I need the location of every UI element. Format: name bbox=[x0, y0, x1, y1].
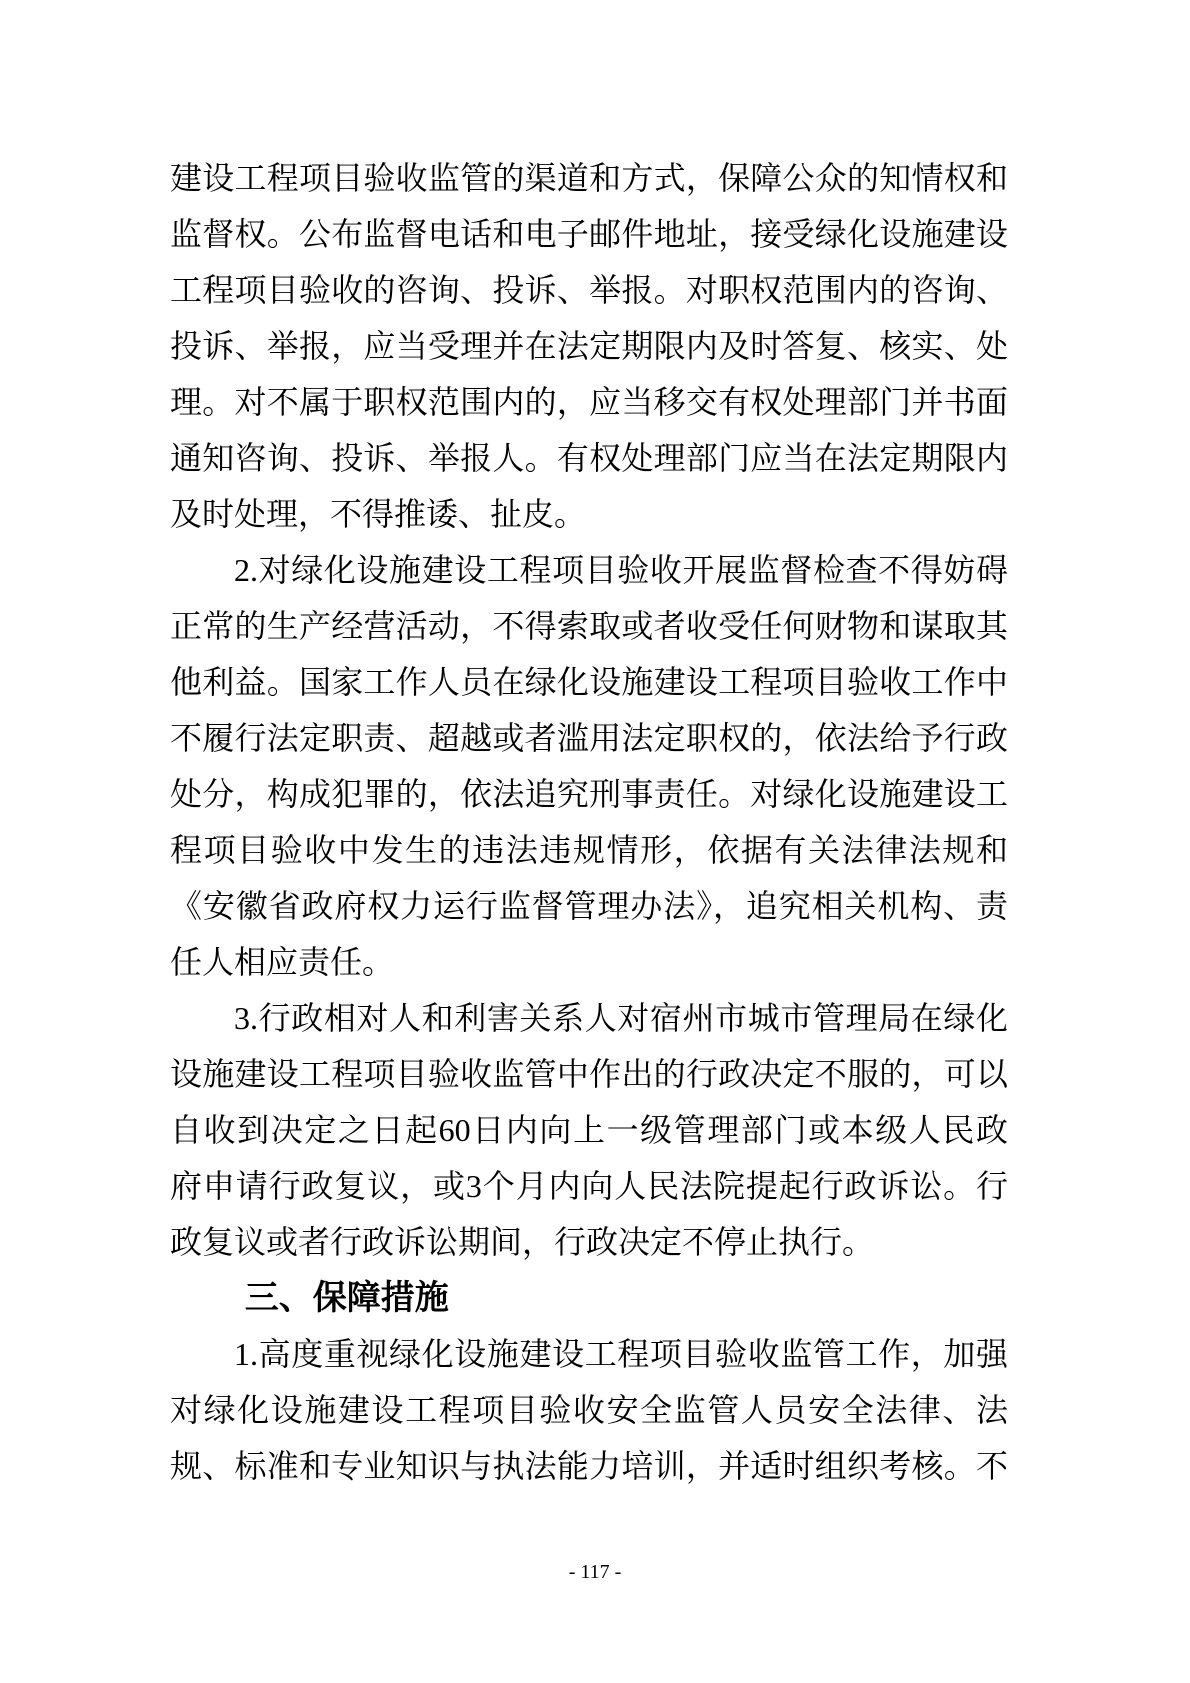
document-body: 建设工程项目验收监管的渠道和方式，保障公众的知情权和监督权。公布监督电话和电子邮… bbox=[170, 150, 1008, 1494]
section-heading: 三、保障措施 bbox=[170, 1270, 1008, 1326]
text-line: 及时处理，不得推诿、扯皮。 bbox=[170, 486, 1008, 542]
text-line: 监督权。公布监督电话和电子邮件地址，接受绿化设施建设 bbox=[170, 206, 1008, 262]
text-line: 规、标准和专业知识与执法能力培训，并适时组织考核。不 bbox=[170, 1438, 1008, 1494]
document-page: 建设工程项目验收监管的渠道和方式，保障公众的知情权和监督权。公布监督电话和电子邮… bbox=[0, 0, 1190, 1683]
text-line: 他利益。国家工作人员在绿化设施建设工程项目验收工作中 bbox=[170, 654, 1008, 710]
text-line: 对绿化设施建设工程项目验收安全监管人员安全法律、法 bbox=[170, 1382, 1008, 1438]
text-line: 任人相应责任。 bbox=[170, 934, 1008, 990]
text-line: 投诉、举报，应当受理并在法定期限内及时答复、核实、处 bbox=[170, 318, 1008, 374]
text-line: 通知咨询、投诉、举报人。有权处理部门应当在法定期限内 bbox=[170, 430, 1008, 486]
text-line: 设施建设工程项目验收监管中作出的行政决定不服的，可以 bbox=[170, 1046, 1008, 1102]
text-line: 建设工程项目验收监管的渠道和方式，保障公众的知情权和 bbox=[170, 150, 1008, 206]
text-line: 《安徽省政府权力运行监督管理办法》，追究相关机构、责 bbox=[170, 878, 1008, 934]
text-line: 程项目验收中发生的违法违规情形，依据有关法律法规和 bbox=[170, 822, 1008, 878]
text-line: 1.高度重视绿化设施建设工程项目验收监管工作，加强 bbox=[170, 1326, 1008, 1382]
text-line: 理。对不属于职权范围内的，应当移交有权处理部门并书面 bbox=[170, 374, 1008, 430]
text-line: 处分，构成犯罪的，依法追究刑事责任。对绿化设施建设工 bbox=[170, 766, 1008, 822]
text-line: 3.行政相对人和利害关系人对宿州市城市管理局在绿化 bbox=[170, 990, 1008, 1046]
text-line: 工程项目验收的咨询、投诉、举报。对职权范围内的咨询、 bbox=[170, 262, 1008, 318]
text-line: 正常的生产经营活动，不得索取或者收受任何财物和谋取其 bbox=[170, 598, 1008, 654]
text-line: 2.对绿化设施建设工程项目验收开展监督检查不得妨碍 bbox=[170, 542, 1008, 598]
text-line: 政复议或者行政诉讼期间，行政决定不停止执行。 bbox=[170, 1214, 1008, 1270]
text-line: 不履行法定职责、超越或者滥用法定职权的，依法给予行政 bbox=[170, 710, 1008, 766]
text-line: 自收到决定之日起60日内向上一级管理部门或本级人民政 bbox=[170, 1102, 1008, 1158]
text-line: 府申请行政复议，或3个月内向人民法院提起行政诉讼。行 bbox=[170, 1158, 1008, 1214]
page-number: - 117 - bbox=[0, 1556, 1190, 1588]
